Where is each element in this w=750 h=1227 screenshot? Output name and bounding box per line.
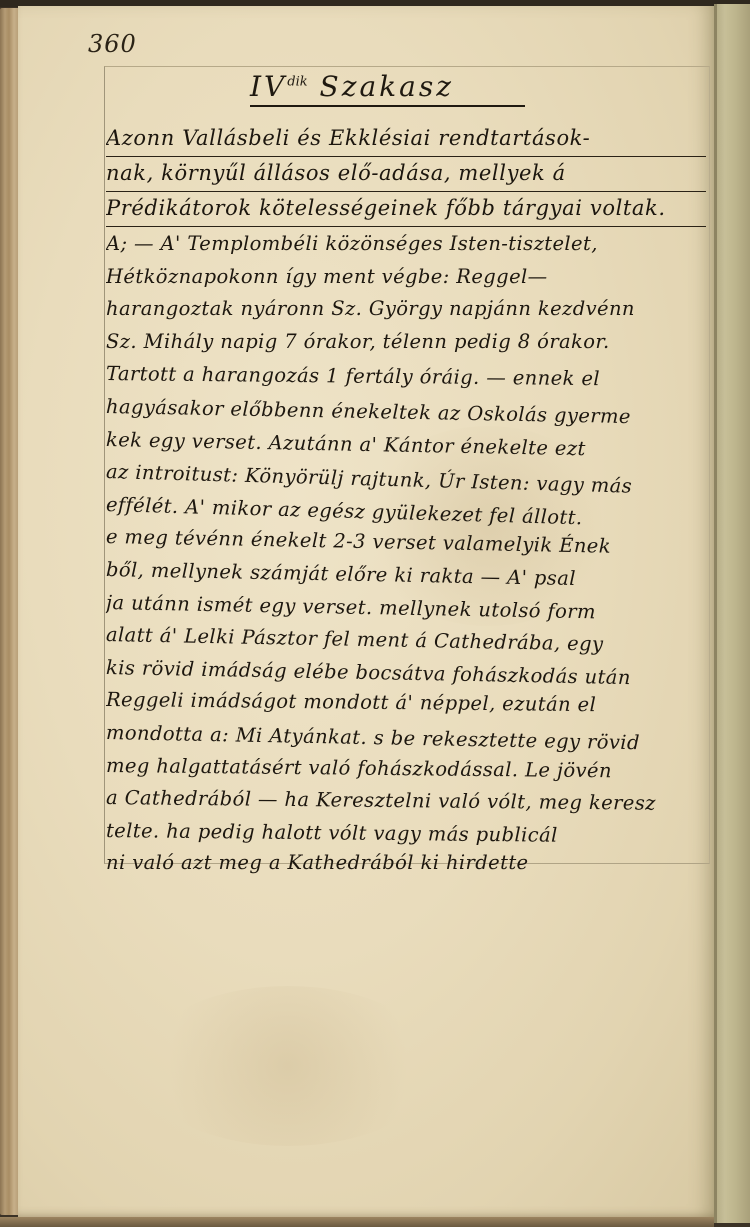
section-word: Szakasz: [320, 70, 454, 103]
body-line: Tartott a harangozás 1 fertály óráig. — …: [106, 358, 706, 397]
bottom-book-edge: [0, 1217, 714, 1227]
heading-line: nak, környűl állásos elő-adása, mellyek …: [106, 157, 706, 192]
book-gutter: [714, 4, 750, 1223]
paper-stain: [138, 986, 438, 1146]
left-page-edges: [0, 8, 20, 1215]
heading-line: Azonn Vallásbeli és Ekklésiai rendtartás…: [106, 122, 706, 157]
body-text: A; — A' Templombéli közönséges Isten-tis…: [106, 228, 706, 880]
body-line: Hétköznapokonn így ment végbe: Reggel—: [106, 261, 706, 294]
body-line: Reggeli imádságot mondott á' néppel, ezu…: [106, 684, 706, 723]
body-line: harangoztak nyáronn Sz. György napjánn k…: [106, 293, 706, 326]
section-heading: Azonn Vallásbeli és Ekklésiai rendtartás…: [106, 122, 706, 227]
page-number: 360: [88, 30, 137, 58]
body-line: A; — A' Templombéli közönséges Isten-tis…: [106, 228, 706, 261]
body-line: telte. ha pedig halott vólt vagy más pub…: [106, 815, 706, 854]
body-line: Sz. Mihály napig 7 órakor, télenn pedig …: [106, 326, 706, 359]
manuscript-scan: 360 IVdik Szakasz Azonn Vallásbeli és Ek…: [0, 0, 750, 1227]
heading-line: Prédikátorok kötelességeinek főbb tárgya…: [106, 192, 706, 227]
section-title: IVdik Szakasz: [250, 70, 525, 107]
section-numeral: IV: [250, 70, 287, 103]
section-numeral-suffix: dik: [287, 75, 307, 90]
